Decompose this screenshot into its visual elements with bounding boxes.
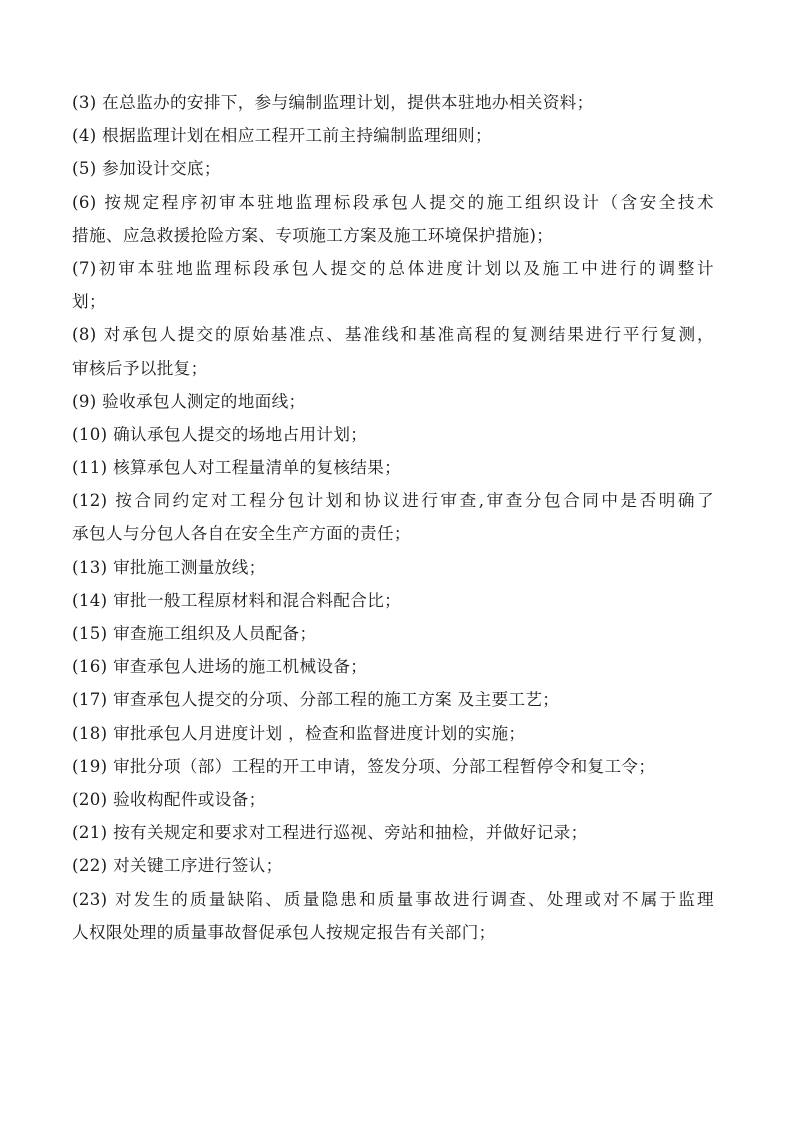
- item-15-line: (15) 审查施工组织及人员配备；: [72, 617, 714, 650]
- item-23-line-1: (23) 对发生的质量缺陷、质量隐患和质量事故进行调查、处理或对不属于监理: [72, 883, 714, 916]
- item-7-line-1: (7)初审本驻地监理标段承包人提交的总体进度计划以及施工中进行的调整计: [72, 252, 714, 285]
- item-11-line: (11) 核算承包人对工程量清单的复核结果；: [72, 451, 714, 484]
- item-9-line: (9) 验收承包人测定的地面线；: [72, 385, 714, 418]
- item-8-line-1: (8) 对承包人提交的原始基准点、基准线和基准高程的复测结果进行平行复测，: [72, 318, 714, 351]
- item-14-line: (14) 审批一般工程原材料和混合料配合比；: [72, 584, 714, 617]
- item-16-line: (16) 审查承包人进场的施工机械设备；: [72, 650, 714, 683]
- item-8-line-2: 审核后予以批复；: [72, 352, 714, 385]
- item-6-line-1: (6) 按规定程序初审本驻地监理标段承包人提交的施工组织设计（含安全技术: [72, 186, 714, 219]
- item-22-line: (22) 对关键工序进行签认；: [72, 849, 714, 882]
- item-12-line-1: (12) 按合同约定对工程分包计划和协议进行审查,审查分包合同中是否明确了: [72, 484, 714, 517]
- item-4-line: (4) 根据监理计划在相应工程开工前主持编制监理细则；: [72, 119, 714, 152]
- document-page: (3) 在总监办的安排下，参与编制监理计划，提供本驻地办相关资料； (4) 根据…: [72, 86, 714, 949]
- item-20-line: (20) 验收构配件或设备；: [72, 783, 714, 816]
- item-3-line: (3) 在总监办的安排下，参与编制监理计划，提供本驻地办相关资料；: [72, 86, 714, 119]
- item-23-line-2: 人权限处理的质量事故督促承包人按规定报告有关部门；: [72, 916, 714, 949]
- item-21-line: (21) 按有关规定和要求对工程进行巡视、旁站和抽检，并做好记录；: [72, 816, 714, 849]
- item-13-line: (13) 审批施工测量放线；: [72, 551, 714, 584]
- item-6-line-2: 措施、应急救援抢险方案、专项施工方案及施工环境保护措施)；: [72, 219, 714, 252]
- item-19-line: (19) 审批分项（部）工程的开工申请，签发分项、分部工程暂停令和复工令；: [72, 750, 714, 783]
- item-7-line-2: 划；: [72, 285, 714, 318]
- item-12-line-2: 承包人与分包人各自在安全生产方面的责任；: [72, 517, 714, 550]
- item-5-line: (5) 参加设计交底；: [72, 152, 714, 185]
- item-10-line: (10) 确认承包人提交的场地占用计划；: [72, 418, 714, 451]
- item-17-line: (17) 审查承包人提交的分项、分部工程的施工方案 及主要工艺；: [72, 683, 714, 716]
- item-18-line: (18) 审批承包人月进度计划 ，检查和监督进度计划的实施；: [72, 717, 714, 750]
